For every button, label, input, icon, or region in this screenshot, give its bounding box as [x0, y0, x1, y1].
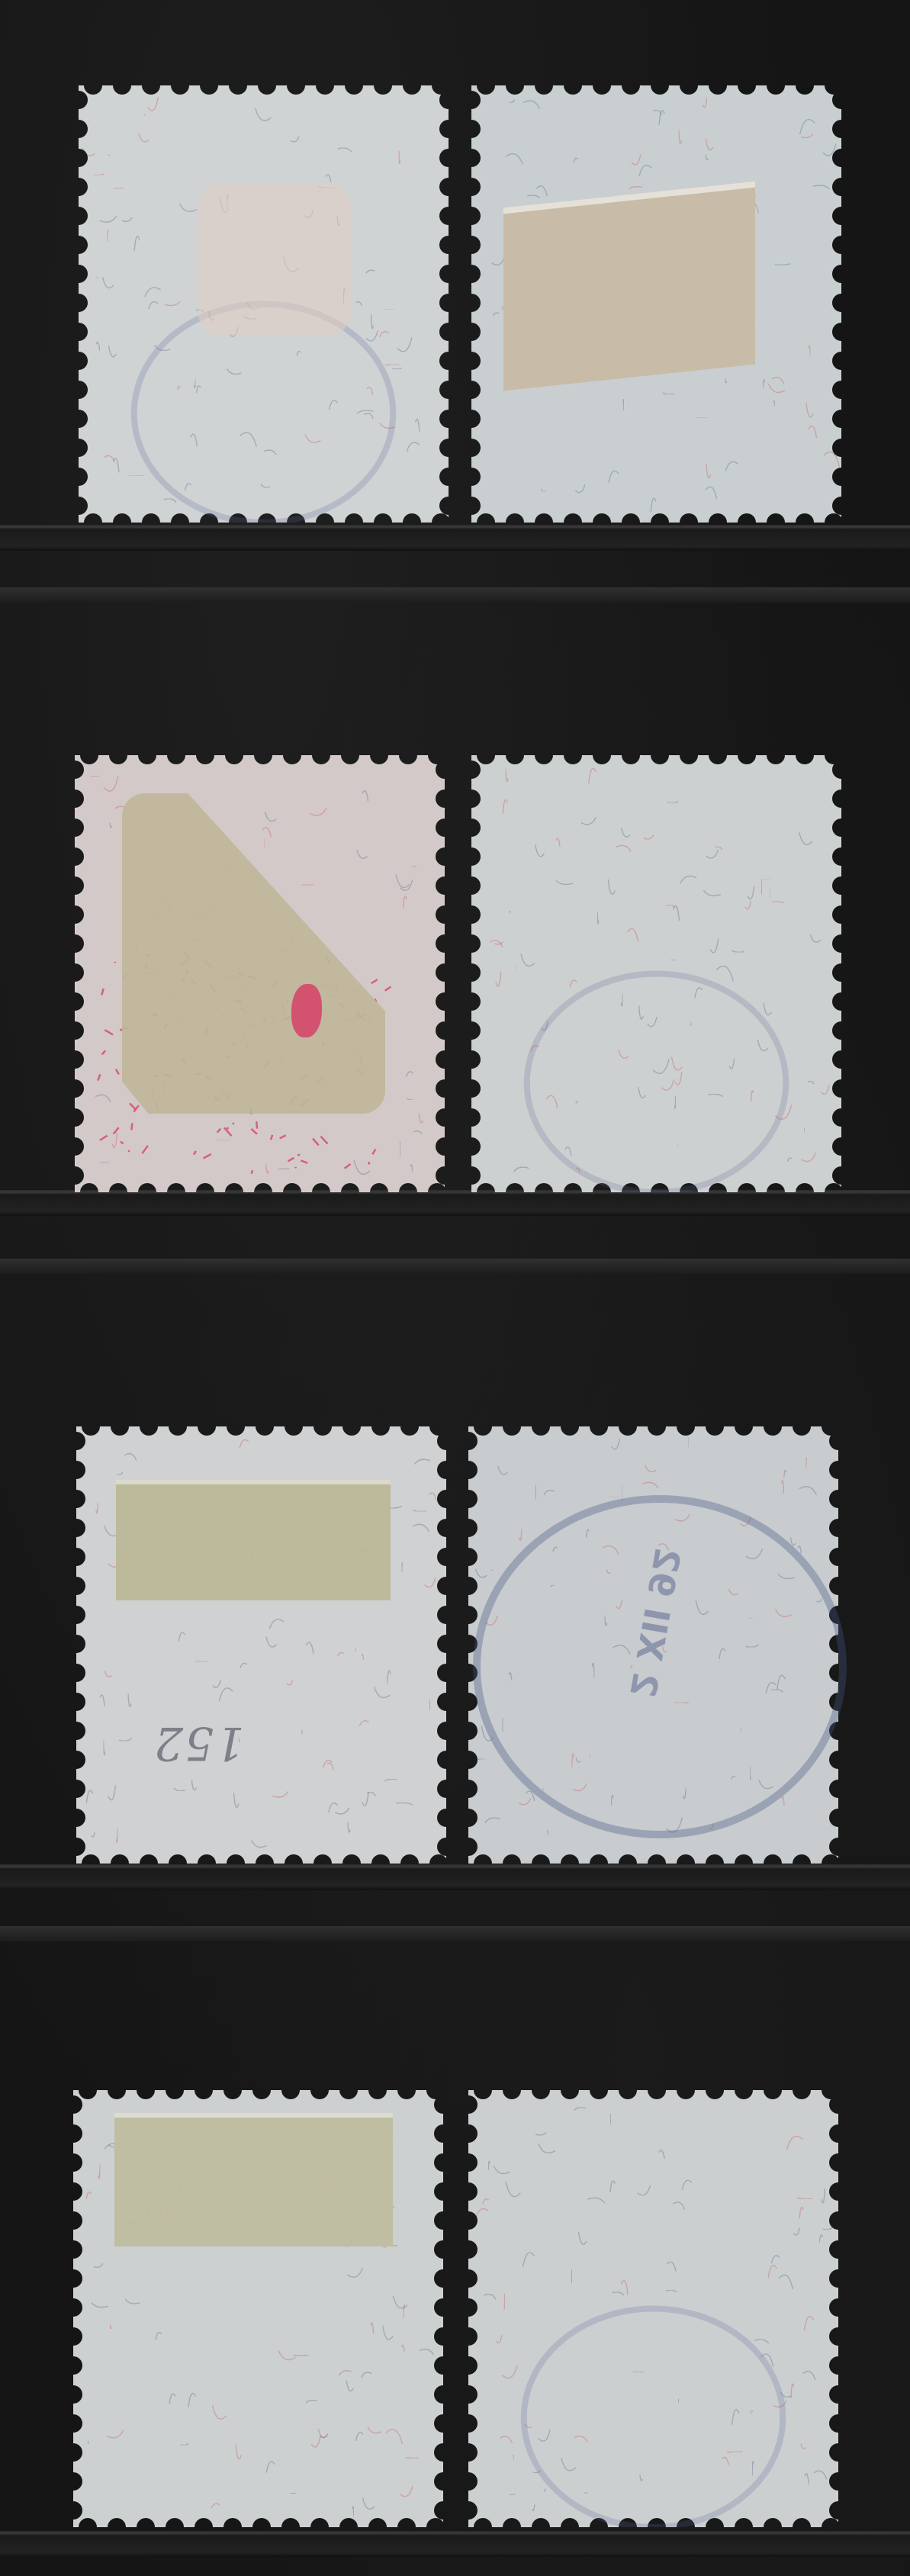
hinge-remnant — [503, 182, 755, 391]
stockcard-strip — [0, 525, 910, 551]
perforated-stamp-paper — [468, 2090, 838, 2527]
stockcard-strip — [0, 1190, 910, 1216]
red-ink-spot — [291, 984, 322, 1037]
stockcard-strip — [0, 2531, 910, 2557]
stockcard-strip-top — [0, 1259, 910, 1274]
hinge-remnant — [114, 2113, 393, 2246]
stamp-back — [468, 2090, 838, 2527]
stockcard-strip-top — [0, 1926, 910, 1941]
stamp-back — [471, 755, 841, 1192]
stockcard-strip-top — [0, 587, 910, 603]
hinge-remnant — [198, 183, 351, 336]
stockcard-strip — [0, 1864, 910, 1890]
perforated-stamp-paper — [471, 755, 841, 1192]
hinge-remnant — [116, 1480, 391, 1600]
stockcard: 152 2 XII 92 — [0, 0, 910, 2576]
pencil-notation: 152 — [153, 1716, 245, 1770]
